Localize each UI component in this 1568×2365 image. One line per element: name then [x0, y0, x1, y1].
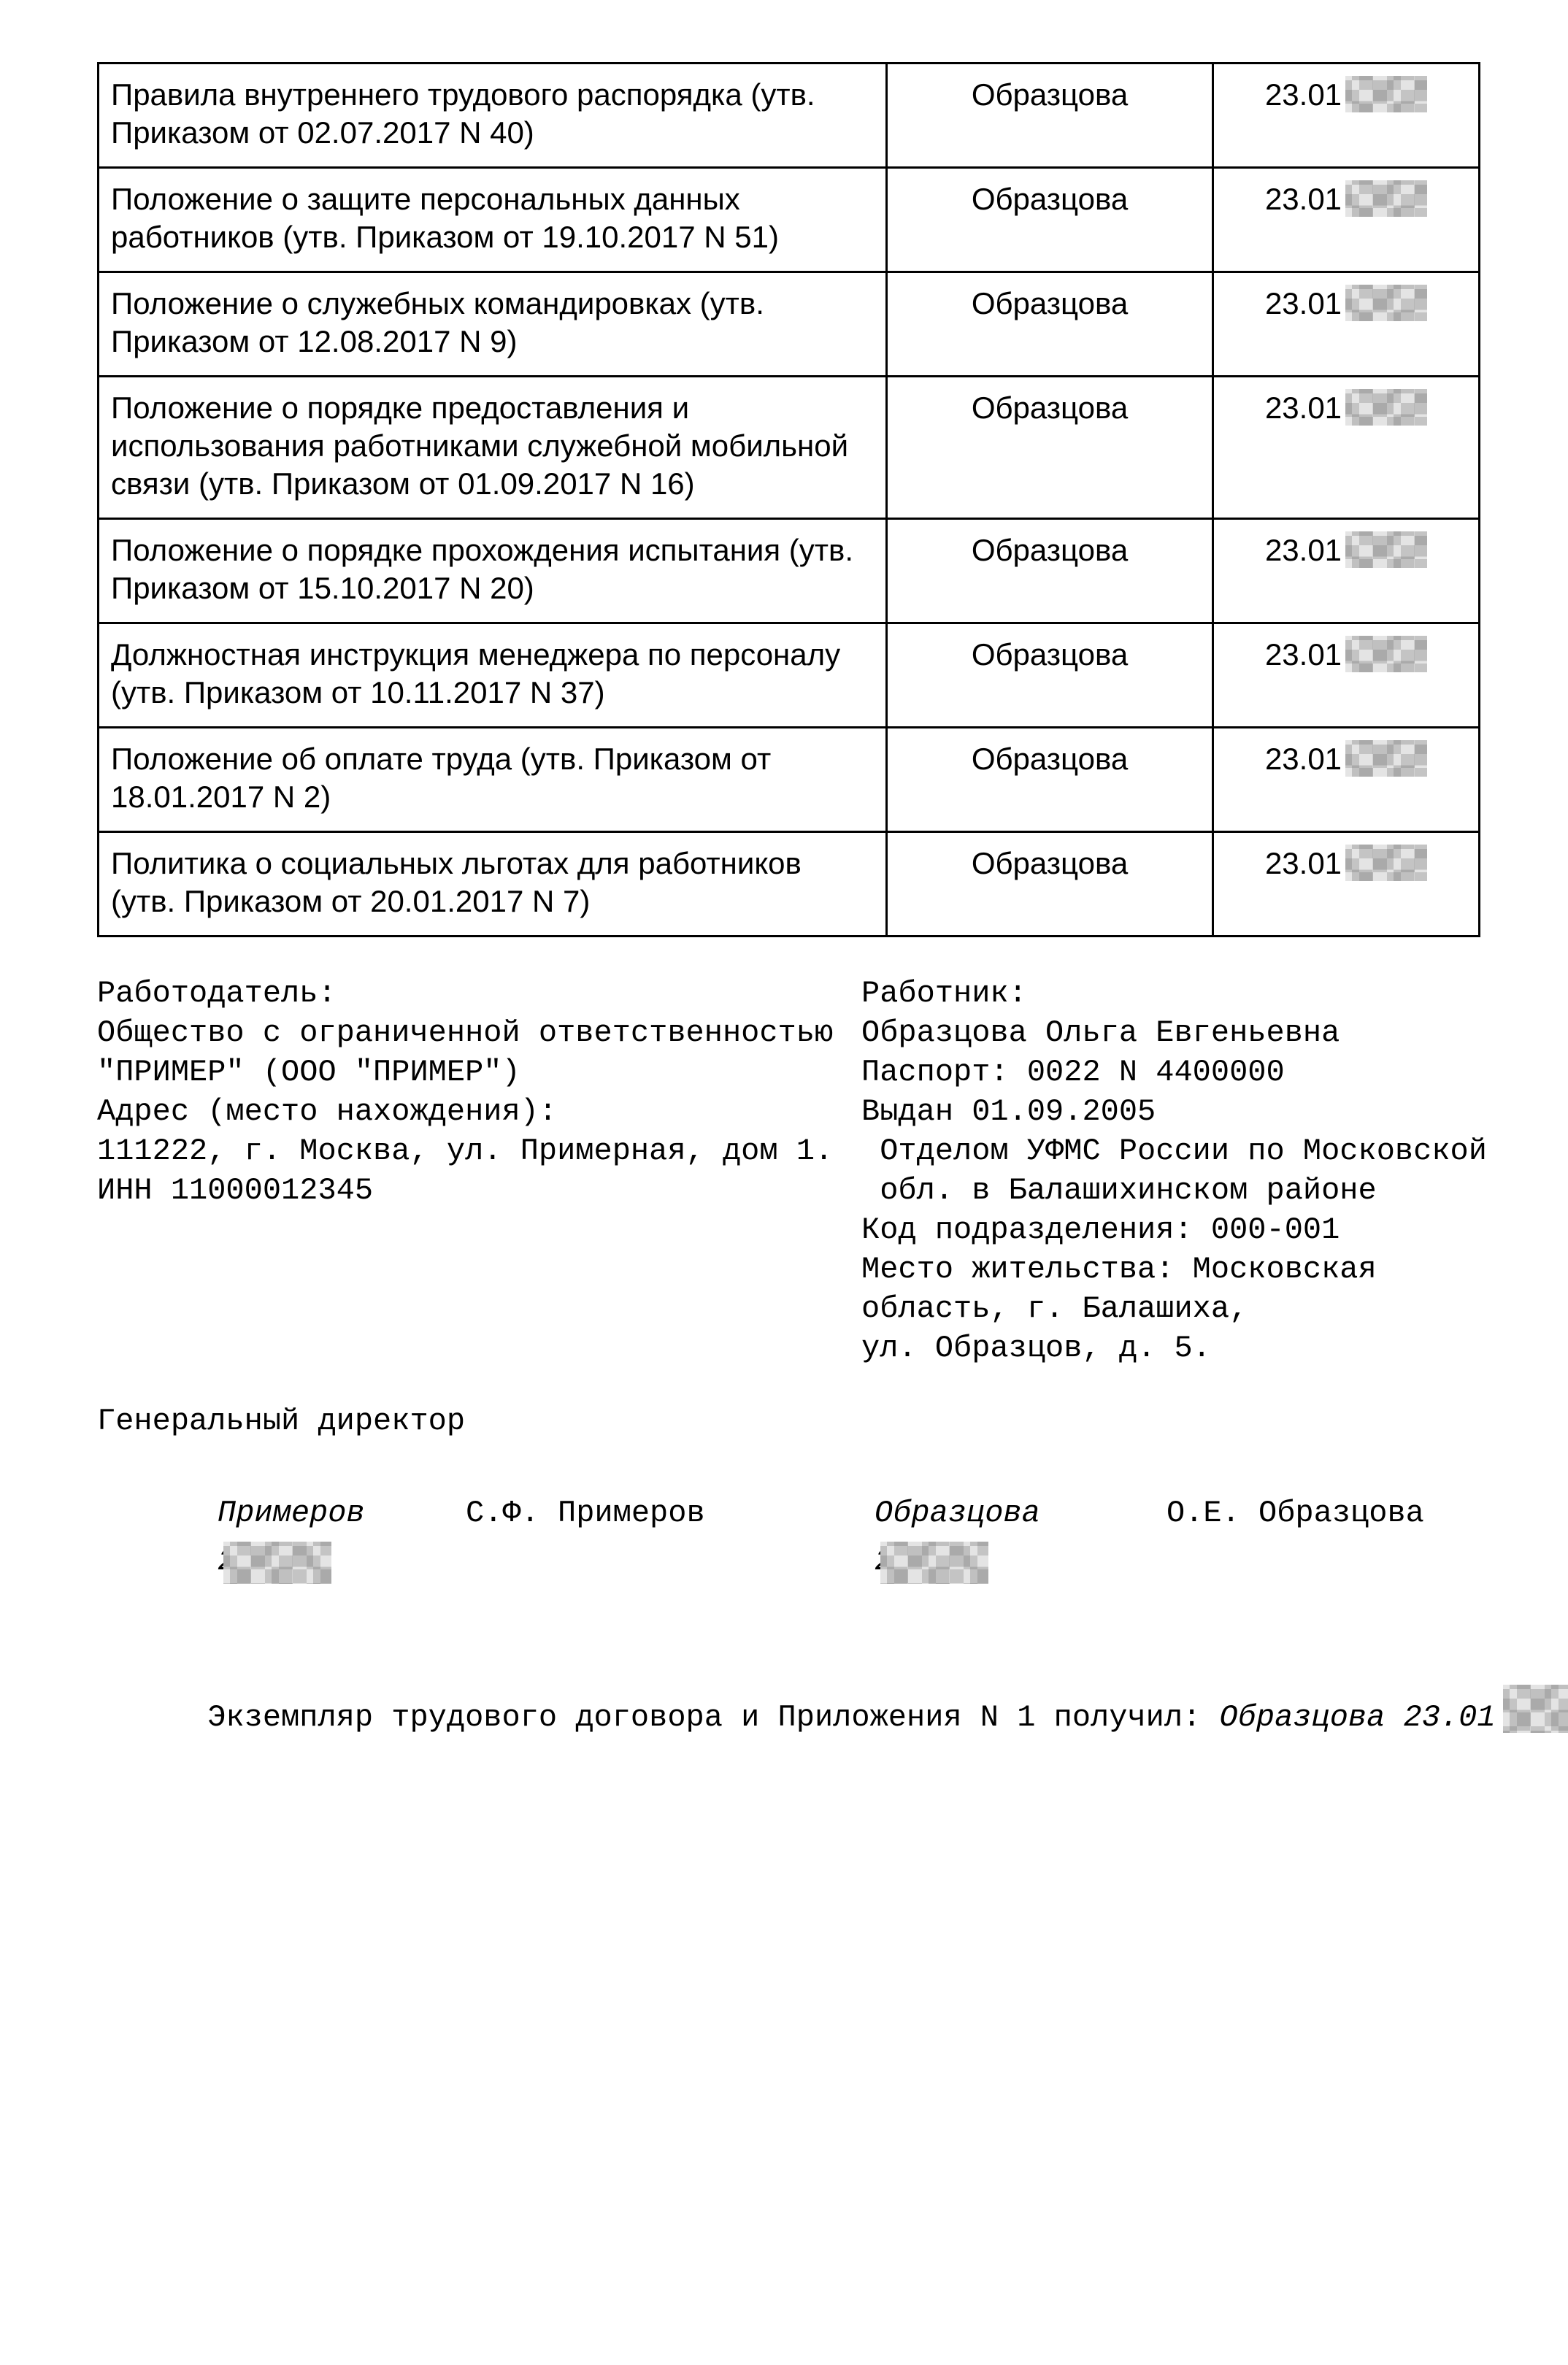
redacted-year-block [1345, 285, 1427, 321]
date-cell: 23.01 [1213, 377, 1480, 519]
redacted-year-block [1345, 740, 1427, 777]
redacted-year-block [1345, 180, 1427, 217]
receipt-line: Экземпляр трудового договора и Приложени… [97, 1645, 1478, 1777]
director-handwritten-signature: Примеров [218, 1493, 365, 1533]
redacted-year-block [1503, 1685, 1568, 1733]
acknowledgement-table: Правила внутреннего трудового распорядка… [97, 62, 1480, 937]
employee-handwritten-signature: Образцова [875, 1493, 1040, 1533]
signature-text: Образцова [972, 846, 1128, 880]
document-title-cell: Политика о социальных льготах для работн… [99, 832, 887, 937]
employer-line: Адрес (место нахождения): [97, 1092, 861, 1131]
date-text: 23.01 [1265, 846, 1342, 880]
date-cell: 23.01 [1213, 168, 1480, 272]
date-cell: 23.01 [1213, 272, 1480, 377]
signature-cell: Образцова [887, 728, 1213, 832]
signatures-row: Примеров С.Ф. Примеров Образцова О.Е. Об… [97, 1493, 1478, 1533]
employee-line: Отделом УФМС России по Московской [861, 1131, 1487, 1171]
employer-line: ИНН 11000012345 [97, 1171, 861, 1210]
table-row: Положение о порядке прохождения испытани… [99, 519, 1480, 623]
employee-label: Работник: [861, 974, 1487, 1013]
employee-line: Образцова Ольга Евгеньевна [861, 1013, 1487, 1053]
document-title: Положение об оплате труда (утв. Приказом… [111, 742, 771, 814]
director-printed-name: С.Ф. Примеров [466, 1493, 705, 1533]
table-row: Положение об оплате труда (утв. Приказом… [99, 728, 1480, 832]
employer-block: Работодатель: Общество с ограниченной от… [97, 974, 861, 1368]
employer-line: "ПРИМЕР" (ООО "ПРИМЕР") [97, 1053, 861, 1092]
document-title-cell: Положение о служебных командировках (утв… [99, 272, 887, 377]
redacted-year-block [1345, 636, 1427, 672]
signature-cell: Образцова [887, 623, 1213, 728]
redacted-year-block [1345, 389, 1427, 426]
signature-text: Образцова [972, 182, 1128, 216]
document-title: Положение о служебных командировках (утв… [111, 286, 764, 358]
document-title-cell: Положение об оплате труда (утв. Приказом… [99, 728, 887, 832]
date-text: 23.01 [1265, 533, 1342, 567]
employee-line: Код подразделения: 000-001 [861, 1210, 1487, 1250]
signature-cell: Образцова [887, 832, 1213, 937]
employer-label: Работодатель: [97, 974, 861, 1013]
employee-line: Выдан 01.09.2005 [861, 1092, 1487, 1131]
signature-text: Образцова [972, 637, 1128, 672]
redacted-year-block [880, 1542, 988, 1584]
document-title-cell: Должностная инструкция менеджера по перс… [99, 623, 887, 728]
labor-contract-scan-page: Правила внутреннего трудового распорядка… [0, 0, 1568, 2365]
employee-line: Паспорт: 0022 N 4400000 [861, 1053, 1487, 1092]
employer-line: 111222, г. Москва, ул. Примерная, дом 1. [97, 1131, 861, 1171]
signature-text: Образцова [972, 286, 1128, 320]
date-text: 23.01 [1265, 286, 1342, 320]
date-text: 23.01 [1265, 637, 1342, 672]
employee-line: область, г. Балашиха, [861, 1289, 1487, 1328]
document-title-cell: Положение о порядке прохождения испытани… [99, 519, 887, 623]
document-title-cell: Положение о порядке предоставления и исп… [99, 377, 887, 519]
employee-line: обл. в Балашихинском районе [861, 1171, 1487, 1210]
document-title-cell: Положение о защите персональных данных р… [99, 168, 887, 272]
date-cell: 23.01 [1213, 64, 1480, 168]
signature-text: Образцова [972, 77, 1128, 112]
receipt-text: Экземпляр трудового договора и Приложени… [207, 1700, 1219, 1735]
document-title: Положение о защите персональных данных р… [111, 182, 779, 254]
signature-text: Образцова [972, 533, 1128, 567]
redacted-year-block [1345, 845, 1427, 881]
date-cell: 23.01 [1213, 623, 1480, 728]
date-cell: 23.01 [1213, 728, 1480, 832]
date-cell: 23.01 [1213, 832, 1480, 937]
signature-text: Образцова [972, 742, 1128, 776]
parties-section: Работодатель: Общество с ограниченной от… [97, 974, 1478, 1368]
employee-line: Место жительства: Московская [861, 1250, 1487, 1289]
date-text: 23.01 [1265, 77, 1342, 112]
redacted-year-block [1345, 531, 1427, 568]
document-title: Должностная инструкция менеджера по перс… [111, 637, 840, 709]
table-row: Положение о защите персональных данных р… [99, 168, 1480, 272]
table-row: Должностная инструкция менеджера по перс… [99, 623, 1480, 728]
receipt-handwritten-signature: Образцова 23.01 [1219, 1700, 1495, 1735]
signature-text: Образцова [972, 391, 1128, 425]
redacted-year-block [1345, 76, 1427, 112]
document-title-cell: Правила внутреннего трудового распорядка… [99, 64, 887, 168]
document-title: Положение о порядке предоставления и исп… [111, 391, 848, 501]
signature-dates-row: 23.01. 23.01 [97, 1542, 1478, 1587]
table-row: Положение о служебных командировках (утв… [99, 272, 1480, 377]
employer-line: Общество с ограниченной ответственностью [97, 1013, 861, 1053]
redacted-year-block [223, 1542, 331, 1584]
signature-cell: Образцова [887, 168, 1213, 272]
table-row: Положение о порядке предоставления и исп… [99, 377, 1480, 519]
date-text: 23.01 [1265, 391, 1342, 425]
document-title: Положение о порядке прохождения испытани… [111, 533, 853, 605]
signature-cell: Образцова [887, 272, 1213, 377]
table-row: Политика о социальных льготах для работн… [99, 832, 1480, 937]
date-cell: 23.01 [1213, 519, 1480, 623]
page-content: Правила внутреннего трудового распорядка… [97, 62, 1478, 1777]
signature-cell: Образцова [887, 377, 1213, 519]
employee-line: ул. Образцов, д. 5. [861, 1328, 1487, 1368]
signature-cell: Образцова [887, 64, 1213, 168]
employee-block: Работник: Образцова Ольга Евгеньевна Пас… [861, 974, 1487, 1368]
employee-printed-name: О.Е. Образцова [1167, 1493, 1424, 1533]
document-title: Правила внутреннего трудового распорядка… [111, 77, 815, 150]
document-title: Политика о социальных льготах для работн… [111, 846, 802, 918]
signature-cell: Образцова [887, 519, 1213, 623]
date-text: 23.01 [1265, 182, 1342, 216]
date-text: 23.01 [1265, 742, 1342, 776]
director-title: Генеральный директор [97, 1401, 1478, 1441]
table-row: Правила внутреннего трудового распорядка… [99, 64, 1480, 168]
